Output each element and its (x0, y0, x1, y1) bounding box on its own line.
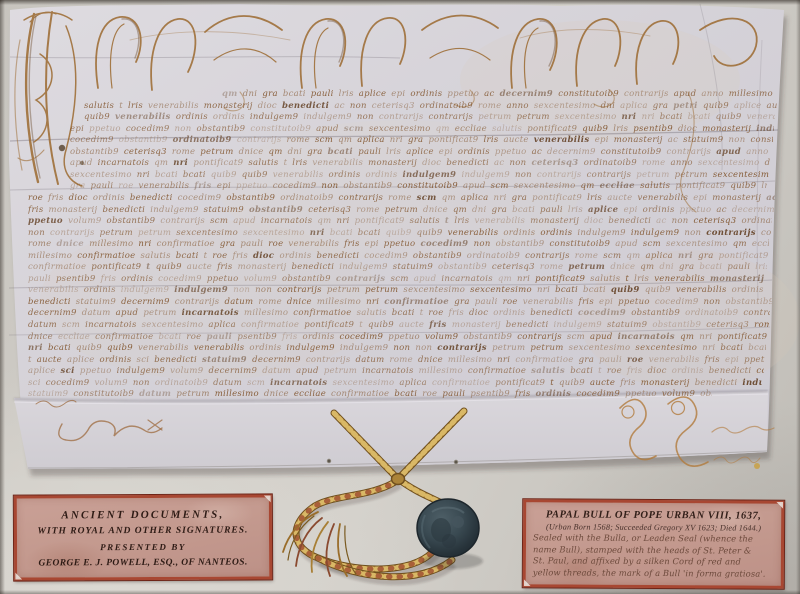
label-ancient-documents: ANCIENT DOCUMENTS, WITH ROYAL AND OTHER … (14, 494, 272, 580)
label-line: GEORGE E. J. POWELL, ESQ., OF NANTEOS. (17, 554, 269, 572)
bulla-seal (417, 499, 479, 557)
photo-frame: qm dni gra bcati pauli lris aplice epi o… (0, 0, 800, 594)
label-papal-bull: PAPAL BULL OF POPE URBAN VIII, 1637, (Ur… (523, 499, 785, 589)
label-line: Sealed with the Bulla, or Leaden Seal (w… (526, 532, 781, 545)
label-line: yellow threads, the mark of a Bull 'in f… (526, 567, 781, 580)
label-line: St. Paul, and affixed by a silken Cord o… (526, 555, 781, 568)
label-line: ANCIENT DOCUMENTS, (17, 506, 269, 523)
cord-knot (392, 474, 405, 485)
label-line: WITH ROYAL AND OTHER SIGNATURES. (17, 522, 269, 539)
label-line: PRESENTED BY (17, 538, 269, 555)
